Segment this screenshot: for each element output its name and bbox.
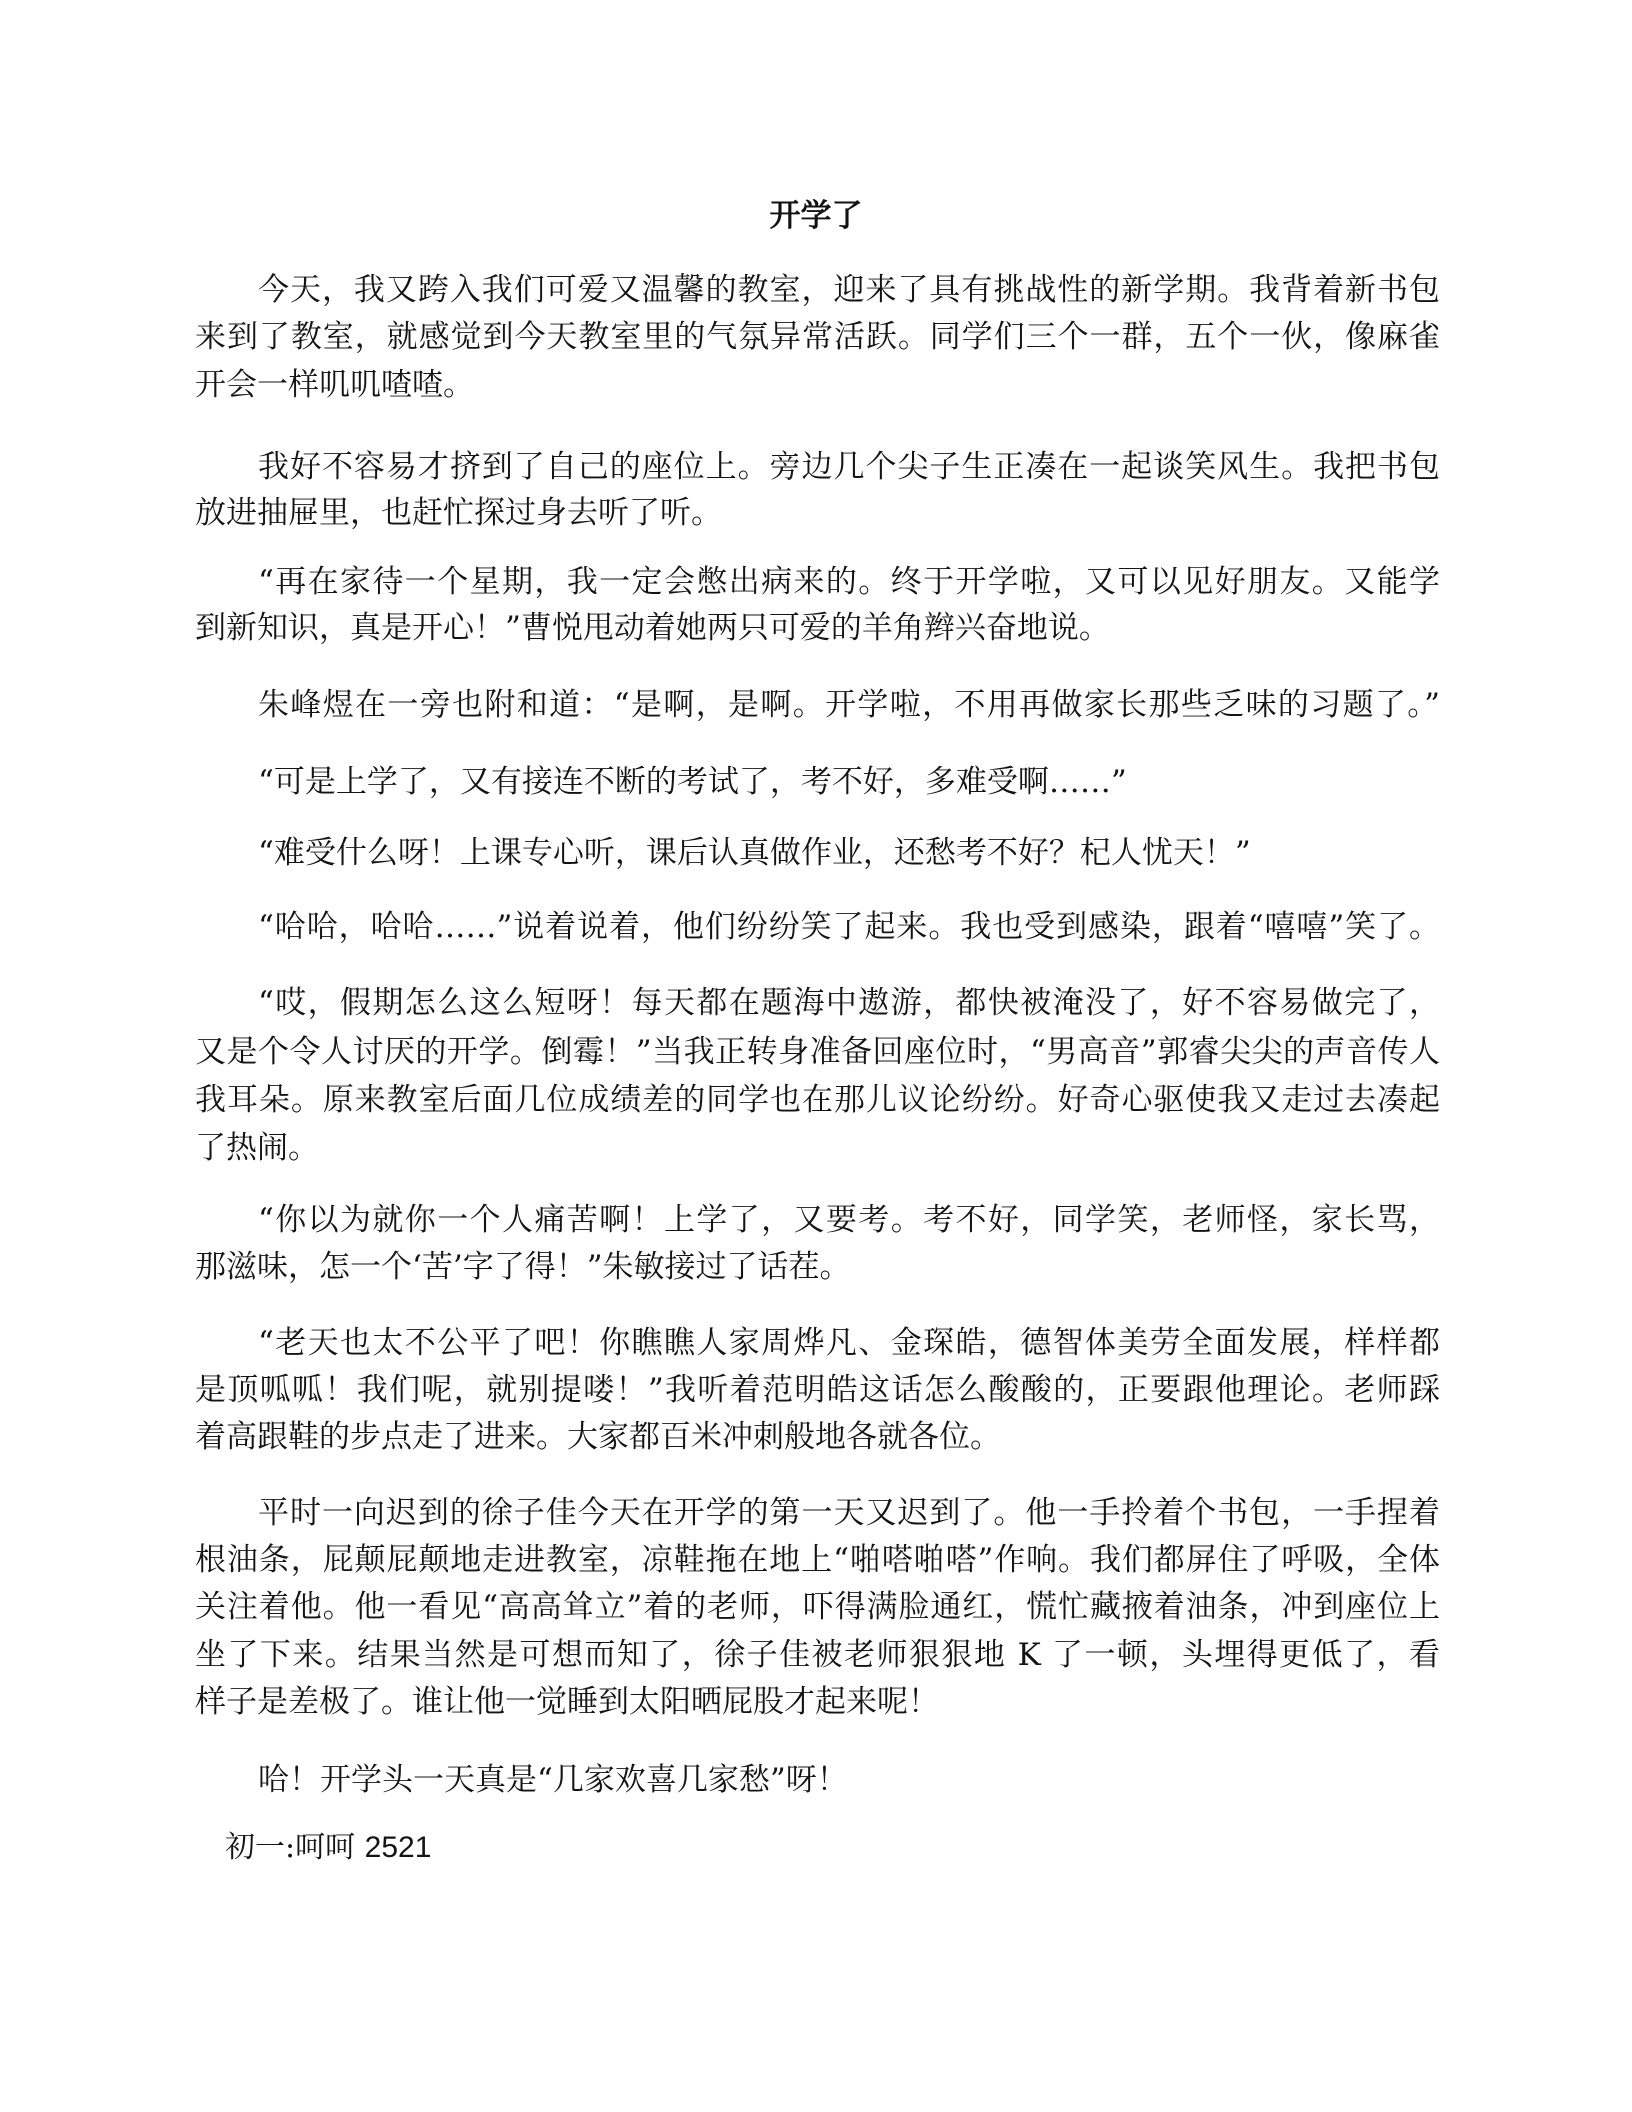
- paragraph-9-line-2: 那滋味，怎一个‘苦’字了得！”朱敏接过了话茬。: [195, 1247, 1440, 1287]
- paragraph-3-line-2: 到新知识，真是开心！”曹悦甩动着她两只可爱的羊角辫兴奋地说。: [195, 608, 1440, 648]
- paragraph-5-line-1: “可是上学了，又有接连不断的考试了，考不好，多难受啊……”: [258, 762, 1440, 802]
- paragraph-11-line-3: 关注着他。他一看见“高高耸立”着的老师，吓得满脸通红，慌忙藏掖着油条，冲到座位上: [195, 1587, 1440, 1627]
- paragraph-10-line-2: 是顶呱呱！我们呢，就别提喽！”我听着范明皓这话怎么酸酸的，正要跟他理论。老师踩: [195, 1370, 1440, 1410]
- document-page: 开学了 今天，我又跨入我们可爱又温馨的教室，迎来了具有挑战性的新学期。我背着新书…: [0, 0, 1632, 2112]
- paragraph-8-line-2: 又是个令人讨厌的开学。倒霉！”当我正转身准备回座位时，“男高音”郭睿尖尖的声音传…: [195, 1032, 1440, 1072]
- paragraph-10-line-3: 着高跟鞋的步点走了进来。大家都百米冲刺般地各就各位。: [195, 1417, 1440, 1457]
- paragraph-12-line-1: 哈！开学头一天真是“几家欢喜几家愁”呀！: [258, 1760, 1440, 1800]
- signature-prefix: 初一:呵呵: [225, 1830, 365, 1865]
- paragraph-1-line-1: 今天，我又跨入我们可爱又温馨的教室，迎来了具有挑战性的新学期。我背着新书包: [258, 270, 1440, 310]
- paragraph-8-line-3: 我耳朵。原来教室后面几位成绩差的同学也在那儿议论纷纷。好奇心驱使我又走过去凑起: [195, 1080, 1440, 1120]
- paragraph-1-line-2: 来到了教室，就感觉到今天教室里的气氛异常活跃。同学们三个一群，五个一伙，像麻雀: [195, 317, 1440, 357]
- paragraph-10-line-1: “老天也太不公平了吧！你瞧瞧人家周烨凡、金琛皓，德智体美劳全面发展，样样都: [258, 1323, 1440, 1363]
- paragraph-11-line-1: 平时一向迟到的徐子佳今天在开学的第一天又迟到了。他一手拎着个书包，一手捏着: [258, 1493, 1440, 1533]
- paragraph-1-line-3: 开会一样叽叽喳喳。: [195, 365, 1440, 405]
- paragraph-8-line-1: “哎，假期怎么这么短呀！每天都在题海中遨游，都快被淹没了，好不容易做完了，: [258, 983, 1440, 1023]
- paragraph-4-line-1: 朱峰煜在一旁也附和道：“是啊，是啊。开学啦，不用再做家长那些乏味的习题了。”: [258, 685, 1440, 725]
- author-signature: 初一:呵呵 2521: [225, 1828, 431, 1868]
- paragraph-6-line-1: “难受什么呀！上课专心听，课后认真做作业，还愁考不好？杞人忧天！”: [258, 833, 1440, 873]
- paragraph-3-line-1: “再在家待一个星期，我一定会憋出病来的。终于开学啦，又可以见好朋友。又能学: [258, 562, 1440, 602]
- paragraph-11-line-4: 坐了下来。结果当然是可想而知了，徐子佳被老师狠狠地 K 了一顿，头埋得更低了，看: [195, 1635, 1440, 1675]
- page-title: 开学了: [0, 196, 1632, 236]
- signature-number: 2521: [365, 1831, 432, 1864]
- paragraph-2-line-1: 我好不容易才挤到了自己的座位上。旁边几个尖子生正凑在一起谈笑风生。我把书包: [258, 447, 1440, 487]
- paragraph-11-line-5: 样子是差极了。谁让他一觉睡到太阳晒屁股才起来呢！: [195, 1682, 1440, 1722]
- paragraph-7-line-1: “哈哈，哈哈……”说着说着，他们纷纷笑了起来。我也受到感染，跟着“嘻嘻”笑了。: [258, 907, 1440, 947]
- paragraph-2-line-2: 放进抽屉里，也赶忙探过身去听了听。: [195, 493, 1440, 533]
- paragraph-8-line-4: 了热闹。: [195, 1128, 1440, 1168]
- paragraph-11-line-2: 根油条，屁颠屁颠地走进教室，凉鞋拖在地上“啪嗒啪嗒”作响。我们都屏住了呼吸，全体: [195, 1540, 1440, 1580]
- paragraph-9-line-1: “你以为就你一个人痛苦啊！上学了，又要考。考不好，同学笑，老师怪，家长骂，: [258, 1200, 1440, 1240]
